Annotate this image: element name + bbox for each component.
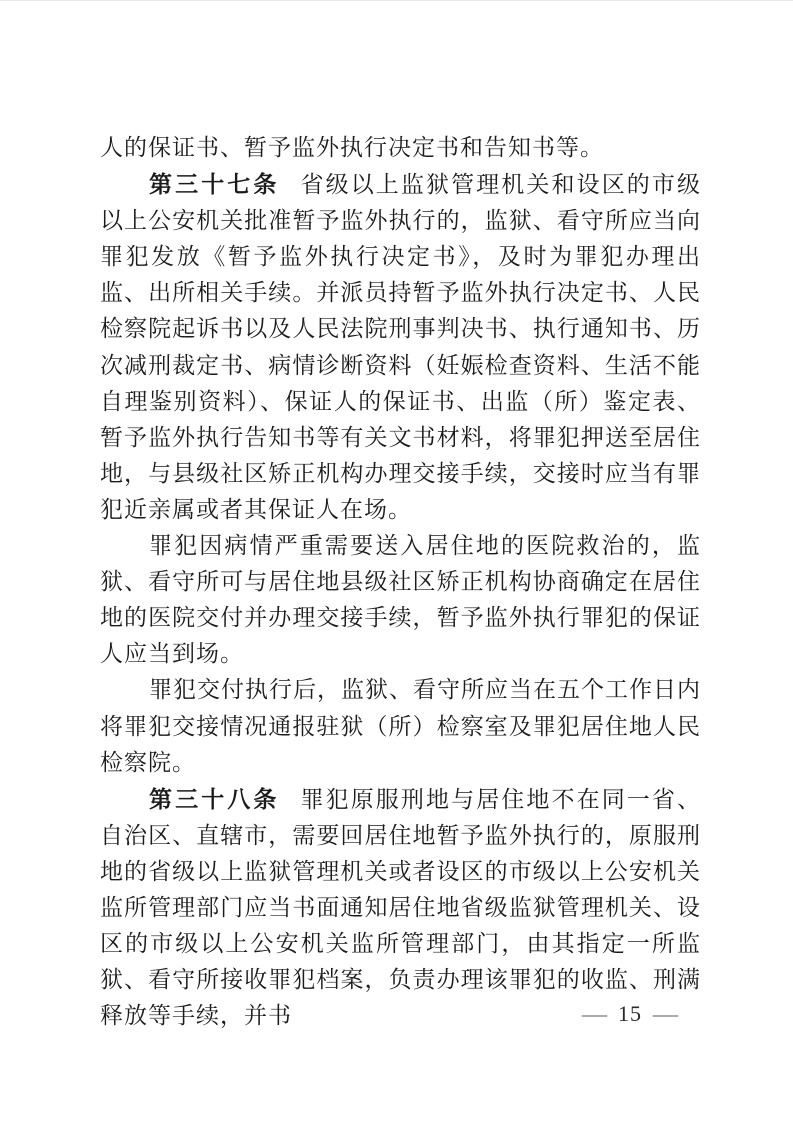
paragraph-hospital-handover: 罪犯因病情严重需要送入居住地的医院救治的，监狱、看守所可与居住地县级社区矫正机构… [100,528,701,672]
footer-dash-right: — [653,1002,678,1027]
document-page: 人的保证书、暂予监外执行决定书和告知书等。 第三十七条省级以上监狱管理机关和设区… [0,0,793,1122]
paragraph-article-38: 第三十八条罪犯原服刑地与居住地不在同一省、自治区、直辖市，需要回居住地暂予监外执… [100,781,701,1035]
footer-dash-left: — [582,1002,607,1027]
page-number: 15 [618,1001,642,1027]
paragraph-continuation: 人的保证书、暂予监外执行决定书和告知书等。 [100,130,701,166]
paragraph-notify-procuratorate: 罪犯交付执行后，监狱、看守所应当在五个工作日内将罪犯交接情况通报驻狱（所）检察室… [100,672,701,780]
page-footer: — 15 — [584,1001,676,1027]
article-37-text: 省级以上监狱管理机关和设区的市级以上公安机关批准暂予监外执行的，监狱、看守所应当… [100,172,701,522]
document-body: 人的保证书、暂予监外执行决定书和告知书等。 第三十七条省级以上监狱管理机关和设区… [100,130,701,1034]
article-38-text: 罪犯原服刑地与居住地不在同一省、自治区、直辖市，需要回居住地暂予监外执行的，原服… [100,787,701,1029]
article-38-number: 第三十八条 [149,786,280,812]
article-37-number: 第三十七条 [149,171,280,197]
paragraph-article-37: 第三十七条省级以上监狱管理机关和设区的市级以上公安机关批准暂予监外执行的，监狱、… [100,166,701,528]
